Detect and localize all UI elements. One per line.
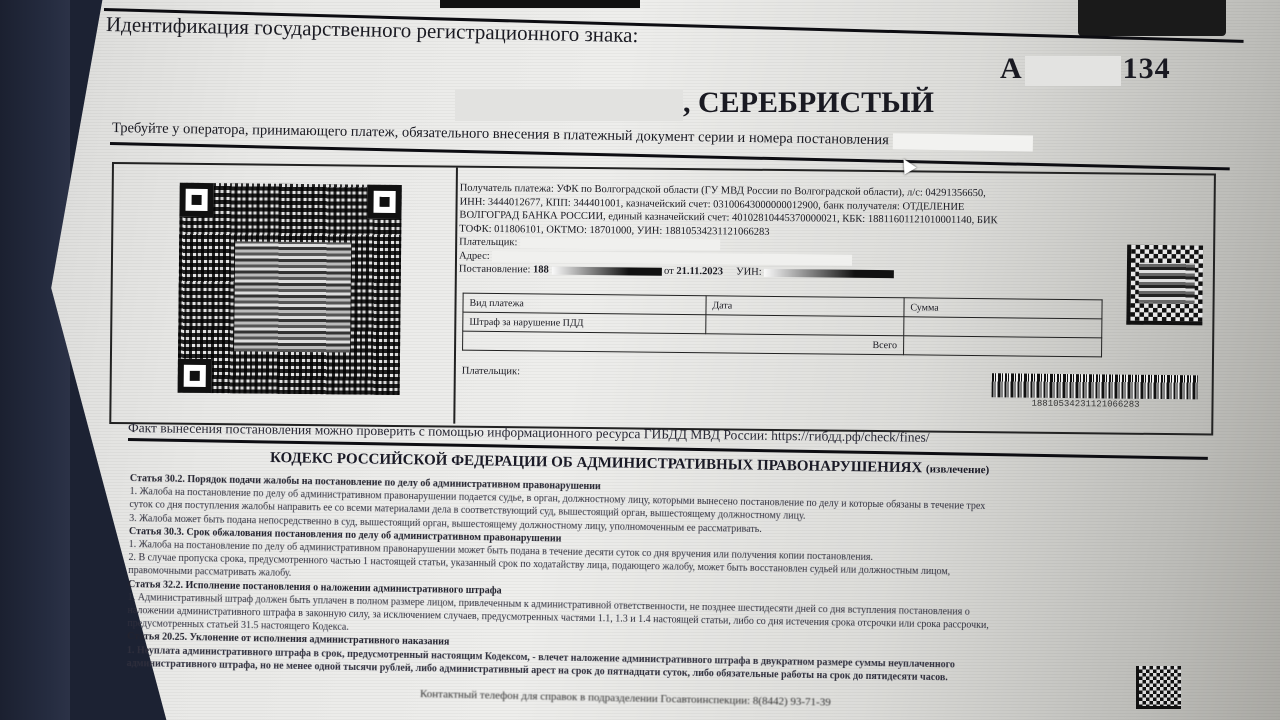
resolution-number-prefix: 188	[533, 264, 549, 275]
qr-finder-icon	[179, 183, 213, 217]
address-label: Адрес:	[459, 250, 490, 261]
table-header: Дата	[706, 296, 904, 317]
redaction-block	[440, 0, 640, 8]
plate-prefix: А	[1000, 52, 1023, 85]
datamatrix-redaction	[1139, 263, 1195, 304]
payment-table: Вид платежа Дата Сумма Штраф за нарушени…	[462, 293, 1103, 358]
barcode-icon	[992, 373, 1198, 399]
total-label: Всего	[463, 331, 904, 355]
datamatrix-code-icon	[1126, 245, 1203, 326]
koap-title-note: (извлечение)	[926, 463, 989, 476]
resolution-label: Постановление:	[459, 264, 531, 276]
plate-suffix: 134	[1123, 52, 1171, 85]
qr-finder-icon	[178, 359, 212, 393]
table-cell	[706, 315, 904, 336]
barcode-number: 18810534231121066283	[1031, 399, 1139, 410]
table-header: Вид платежа	[463, 293, 706, 315]
vehicle-color: , СЕРЕБРИСТЫЙ	[683, 86, 934, 119]
payment-qr-code	[178, 183, 402, 395]
qr-finder-icon	[367, 185, 401, 219]
total-value	[903, 336, 1101, 357]
vehicle-description: , СЕРЕБРИСТЫЙ	[455, 86, 934, 121]
redaction-block	[520, 237, 720, 250]
photo-thumbnail	[1078, 0, 1226, 36]
payment-slip: Получатель платежа: УФК по Волгоградской…	[109, 162, 1216, 436]
redaction-block	[551, 266, 661, 275]
monitor-bezel	[0, 0, 70, 720]
payer-label: Плательщик:	[459, 237, 517, 249]
redaction-block	[455, 89, 683, 121]
table-cell: Штраф за нарушение ПДД	[463, 312, 706, 334]
datamatrix-code-icon	[1136, 666, 1181, 709]
qr-section	[111, 164, 458, 424]
plate-number: А134	[1000, 52, 1171, 86]
resolution-date-prefix: от	[664, 266, 674, 277]
redaction-block	[1025, 56, 1121, 86]
koap-extract: Статья 30.2. Порядок подачи жалобы на по…	[127, 472, 1210, 689]
resolution-date: 21.11.2023	[676, 266, 723, 277]
uin-label: УИН:	[736, 267, 762, 278]
payer-signature-label: Плательщик:	[462, 366, 520, 378]
table-cell	[904, 317, 1102, 338]
recipient-details: Получатель платежа: УФК по Волгоградской…	[459, 182, 1100, 283]
qr-redaction	[234, 241, 351, 352]
redaction-block	[892, 133, 1032, 151]
redaction-block	[764, 268, 894, 277]
table-header: Сумма	[904, 298, 1102, 319]
